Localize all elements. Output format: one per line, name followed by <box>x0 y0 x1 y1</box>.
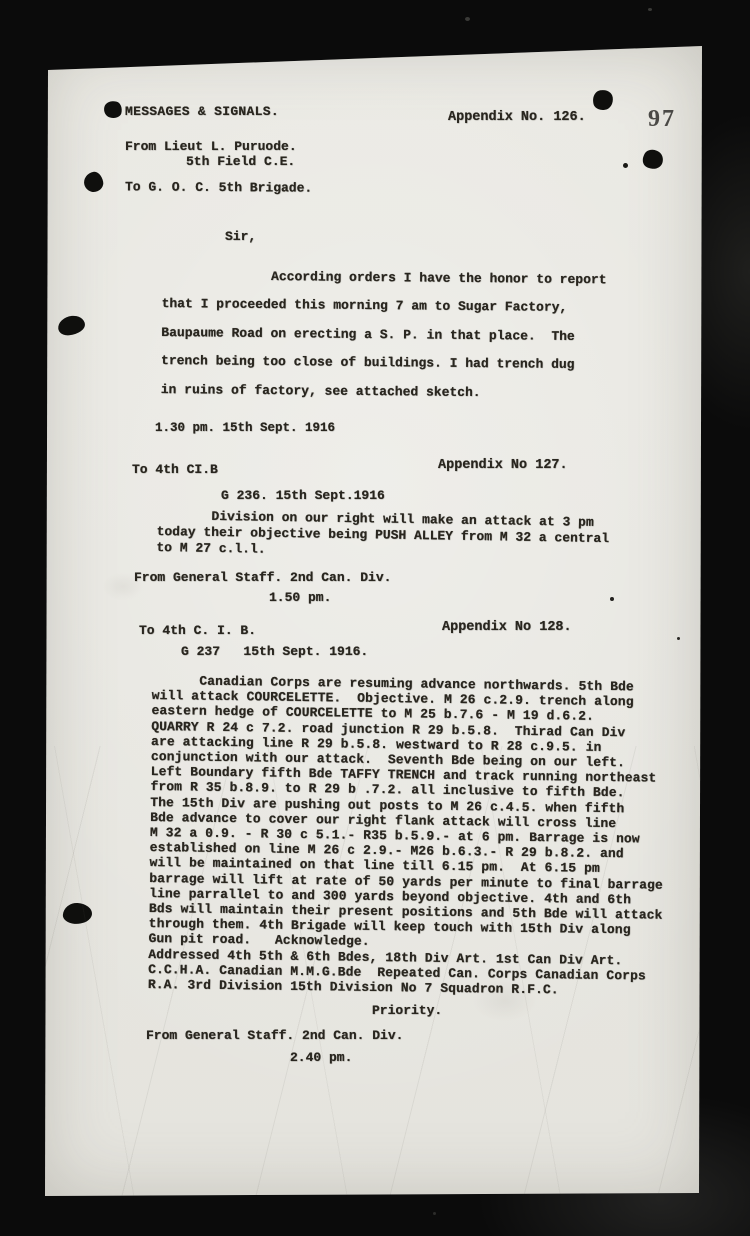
ink-blot <box>592 89 615 112</box>
message2-sender: From General Staff. 2nd Can. Div. <box>134 570 391 585</box>
sender-line: From Lieut L. Puruode. <box>125 139 297 154</box>
ink-speck <box>677 637 680 640</box>
dust-speck <box>648 8 652 11</box>
ink-speck <box>623 163 628 168</box>
typed-line: According orders I have the honor to rep… <box>162 262 607 295</box>
typed-line: Baupaume Road on erecting a S. P. in tha… <box>161 319 606 352</box>
paper-sheet: MESSAGES & SIGNALS. Appendix No. 126. 97… <box>44 46 702 1196</box>
message2-reference: G 236. 15th Sept.1916 <box>221 488 385 503</box>
message2-body: Division on our right will make an attac… <box>156 508 609 563</box>
message2-recipient: To 4th CI.B <box>132 462 218 477</box>
ink-blot <box>640 147 666 172</box>
ink-blot <box>57 315 86 337</box>
appendix-number-127: Appendix No 127. <box>438 458 568 473</box>
appendix-number-126: Appendix No. 126. <box>448 110 586 125</box>
ink-blot <box>102 99 124 120</box>
sender-unit-line: 5th Field C.E. <box>186 154 295 169</box>
message3-recipient: To 4th C. I. B. <box>139 623 256 638</box>
message1-datetime: 1.30 pm. 15th Sept. 1916 <box>155 421 335 436</box>
typed-line: in ruins of factory, see attached sketch… <box>161 376 606 409</box>
document-title: MESSAGES & SIGNALS. <box>125 104 279 119</box>
typed-line: trench being too close of buildings. I h… <box>161 347 606 380</box>
priority-label: Priority. <box>372 1003 442 1018</box>
ink-blot <box>82 170 105 194</box>
scanned-document-page: { "colors": { "background": "#0b0b0b", "… <box>0 0 750 1236</box>
dust-speck <box>433 1212 436 1215</box>
message3-reference: G 237 15th Sept. 1916. <box>181 644 368 659</box>
message3-body: Canadian Corps are resuming advance nort… <box>148 673 666 999</box>
recipient-line: To G. O. C. 5th Brigade. <box>125 179 312 195</box>
message3-time: 2.40 pm. <box>290 1050 352 1065</box>
appendix-number-128: Appendix No 128. <box>442 620 572 635</box>
message2-time: 1.50 pm. <box>269 590 331 605</box>
page-number: 97 <box>648 106 676 133</box>
ink-blot <box>62 902 92 925</box>
message3-sender: From General Staff. 2nd Can. Div. <box>146 1028 403 1043</box>
salutation: Sir, <box>225 229 256 244</box>
ink-speck <box>610 597 614 601</box>
message1-body: According orders I have the honor to rep… <box>161 262 607 408</box>
typed-line: that I proceeded this morning 7 am to Su… <box>161 290 606 323</box>
dust-speck <box>465 17 470 21</box>
